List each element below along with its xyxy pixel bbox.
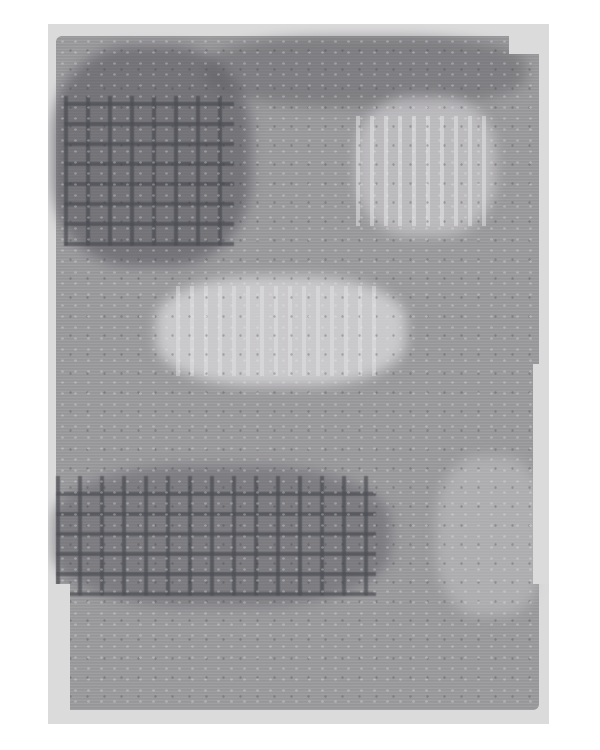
rug-field: [56, 36, 539, 710]
texture-speckles: [56, 36, 539, 710]
border-notch-right: [533, 364, 549, 584]
border-notch-top-right: [509, 24, 549, 54]
border-notch-left: [48, 584, 70, 724]
rug: [48, 24, 549, 724]
